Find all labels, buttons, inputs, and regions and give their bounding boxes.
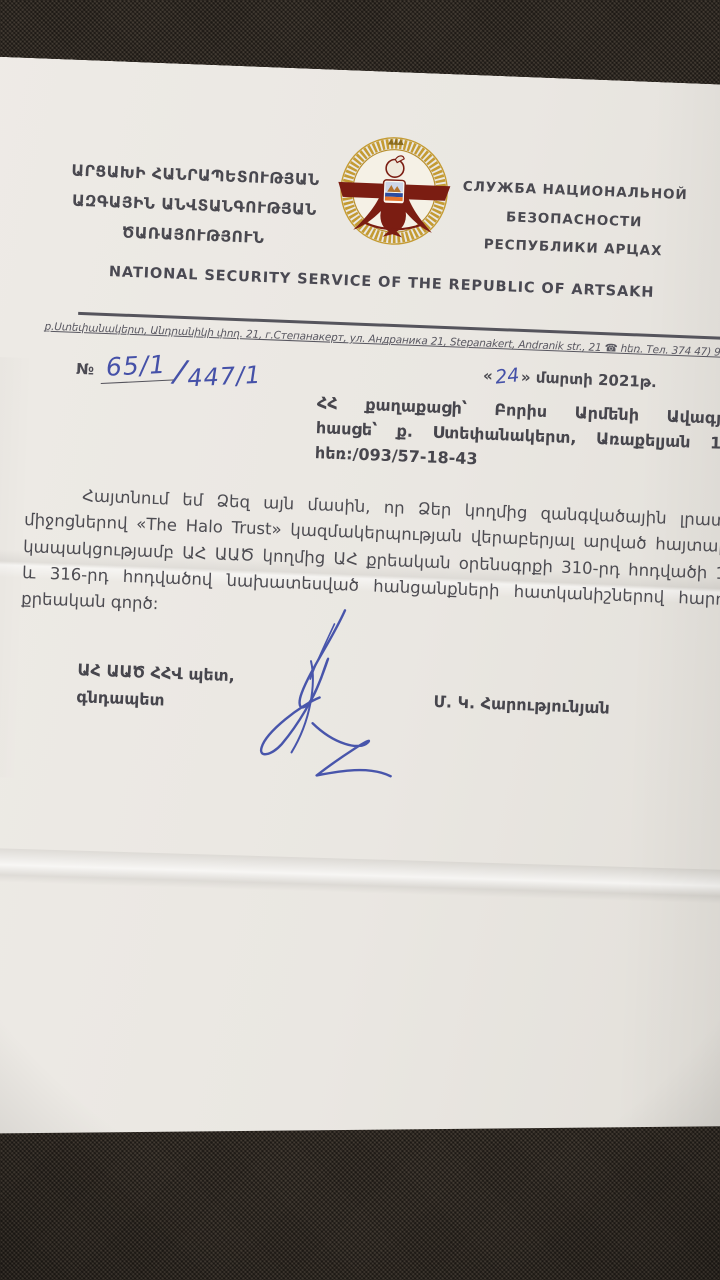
org-name-russian: СЛУЖБА НАЦИОНАЛЬНОЙ БЕЗОПАСНОСТИ РЕСПУБЛ… xyxy=(423,171,720,268)
handwritten-signature xyxy=(210,599,422,792)
org-name-armenian: ԱՐՑԱԽԻ ՀԱՆՐԱՊԵՏՈՒԹՅԱՆ ԱԶԳԱՅԻՆ ԱՆՎՏԱՆԳՈՒԹ… xyxy=(3,153,386,258)
signatory-name: Մ. Կ. Հարությունյան xyxy=(433,692,610,718)
letter-sheet: ԱՐՑԱԽԻ ՀԱՆՐԱՊԵՏՈՒԹՅԱՆ ԱԶԳԱՅԻՆ ԱՆՎՏԱՆԳՈՒԹ… xyxy=(0,55,720,1167)
date-close-quote: » xyxy=(521,368,531,386)
reference-number-label: № xyxy=(76,360,95,379)
letter-date: «24» մարտի 2021թ. xyxy=(483,364,658,393)
date-open-quote: « xyxy=(483,367,493,385)
reference-number-slash: / xyxy=(172,353,187,390)
paper-crease xyxy=(0,846,720,905)
reference-number-handwritten: 447/1 xyxy=(186,361,261,393)
date-day-handwritten: 24 xyxy=(494,364,520,388)
reference-number-handwritten: 65/1 xyxy=(99,349,175,384)
signatory-position: ԱՀ ԱԱԾ ՀՀՎ պետ, գնդապետ xyxy=(76,656,235,716)
org-name-english: NATIONAL SECURITY SERVICE OF THE REPUBLI… xyxy=(57,262,707,303)
emblem-eagle-head xyxy=(386,159,404,177)
reference-number: №65/1/447/1 xyxy=(76,346,262,389)
addressee-block: ՀՀ քաղաքացի՝ Բորիս Արմենի Ավագյանի հասցե… xyxy=(315,391,720,483)
date-month-year: մարտի 2021թ. xyxy=(536,369,658,392)
